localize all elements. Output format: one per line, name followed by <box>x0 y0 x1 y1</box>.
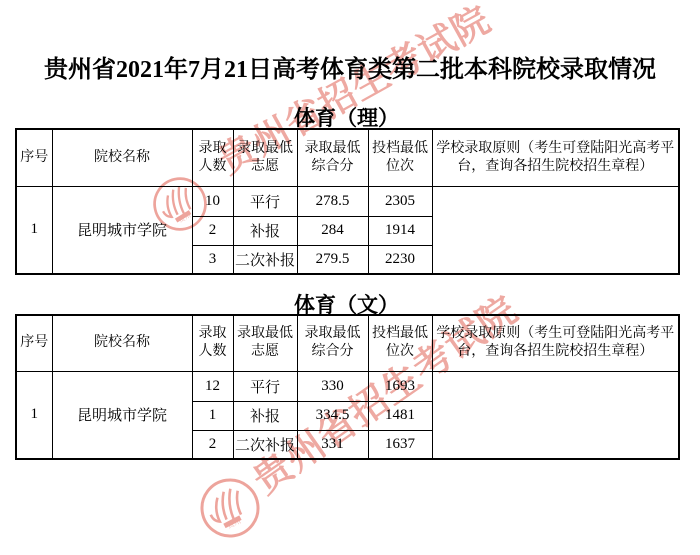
col-seq: 序号 <box>16 129 52 186</box>
seal-inner-text: 贵州 <box>226 516 243 530</box>
cell-rank: 1481 <box>368 401 432 430</box>
col-admit-count: 录取人数 <box>192 315 233 371</box>
col-lowest-preference: 录取最低志愿 <box>233 315 297 371</box>
cell-admit-count: 12 <box>192 371 233 401</box>
admission-table-sports-science: 序号 院校名称 录取人数 录取最低志愿 录取最低综合分 投档最低位次 学校录取原… <box>15 128 680 275</box>
cell-rank: 1693 <box>368 371 432 401</box>
col-lowest-preference: 录取最低志愿 <box>233 129 297 186</box>
cell-admit-count: 10 <box>192 186 233 216</box>
cell-preference: 平行 <box>233 186 297 216</box>
col-college-name: 院校名称 <box>52 315 192 371</box>
header-row: 序号 院校名称 录取人数 录取最低志愿 录取最低综合分 投档最低位次 学校录取原… <box>16 129 679 186</box>
cell-principle <box>432 186 679 274</box>
cell-score: 278.5 <box>297 186 368 216</box>
col-seq: 序号 <box>16 315 52 371</box>
cell-principle <box>432 371 679 459</box>
cell-seq: 1 <box>16 371 52 459</box>
col-admission-principle: 学校录取原则（考生可登陆阳光高考平台，查询各招生院校招生章程） <box>432 315 679 371</box>
cell-seq: 1 <box>16 186 52 274</box>
page-title: 贵州省2021年7月21日高考体育类第二批本科院校录取情况 <box>0 49 700 84</box>
header-row: 序号 院校名称 录取人数 录取最低志愿 录取最低综合分 投档最低位次 学校录取原… <box>16 315 679 371</box>
col-admit-count: 录取人数 <box>192 129 233 186</box>
table-row: 1 昆明城市学院 12 平行 330 1693 <box>16 371 679 401</box>
cell-preference: 补报 <box>233 401 297 430</box>
cell-rank: 2305 <box>368 186 432 216</box>
cell-college: 昆明城市学院 <box>52 186 192 274</box>
cell-college: 昆明城市学院 <box>52 371 192 459</box>
col-lowest-score: 录取最低综合分 <box>297 315 368 371</box>
cell-admit-count: 2 <box>192 216 233 245</box>
col-admission-principle: 学校录取原则（考生可登陆阳光高考平台，查询各招生院校招生章程） <box>432 129 679 186</box>
cell-score: 334.5 <box>297 401 368 430</box>
guizhou-seal-icon: 贵州 <box>194 472 266 544</box>
cell-admit-count: 1 <box>192 401 233 430</box>
cell-score: 279.5 <box>297 245 368 274</box>
document-page: 贵州 贵州 贵州省招生考试院 贵州省招生考试院 贵州省2021年7月21日高考体… <box>0 0 700 555</box>
col-lowest-score: 录取最低综合分 <box>297 129 368 186</box>
cell-preference: 二次补报 <box>233 430 297 459</box>
cell-score: 284 <box>297 216 368 245</box>
col-college-name: 院校名称 <box>52 129 192 186</box>
cell-rank: 2230 <box>368 245 432 274</box>
cell-rank: 1914 <box>368 216 432 245</box>
cell-admit-count: 2 <box>192 430 233 459</box>
table-row: 1 昆明城市学院 10 平行 278.5 2305 <box>16 186 679 216</box>
admission-table-sports-arts: 序号 院校名称 录取人数 录取最低志愿 录取最低综合分 投档最低位次 学校录取原… <box>15 314 680 460</box>
cell-preference: 二次补报 <box>233 245 297 274</box>
cell-score: 330 <box>297 371 368 401</box>
col-lowest-rank: 投档最低位次 <box>368 315 432 371</box>
cell-admit-count: 3 <box>192 245 233 274</box>
cell-rank: 1637 <box>368 430 432 459</box>
col-lowest-rank: 投档最低位次 <box>368 129 432 186</box>
cell-score: 331 <box>297 430 368 459</box>
cell-preference: 平行 <box>233 371 297 401</box>
cell-preference: 补报 <box>233 216 297 245</box>
